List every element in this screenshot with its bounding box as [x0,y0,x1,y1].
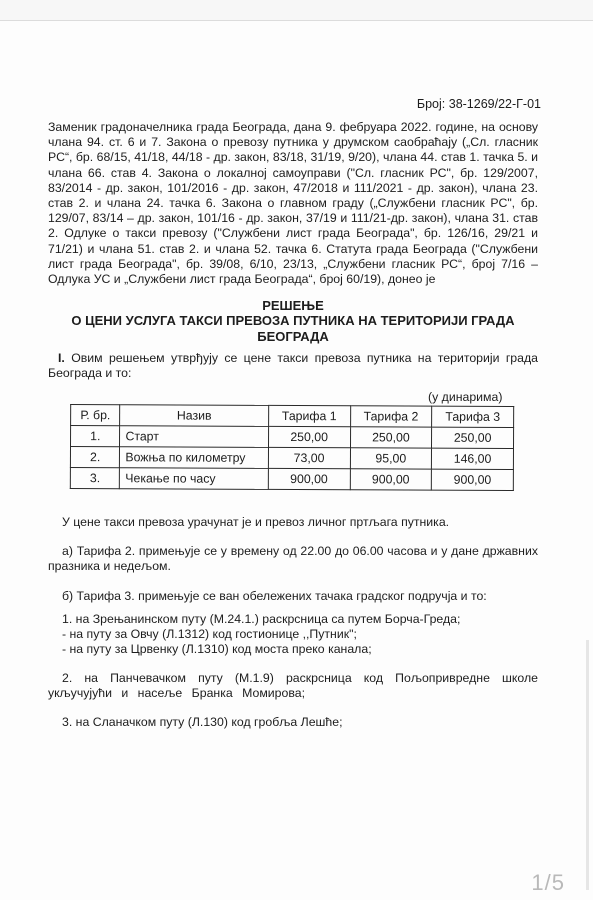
tariff-3-value: 900,00 [432,469,514,490]
list-item: 1. на Зрењанинском путу (М.24.1.) раскрс… [62,612,460,627]
table-row: 2. Вожња по километру 73,00 95,00 146,00 [70,447,513,470]
scrollbar[interactable] [586,640,589,890]
row-number: 3. [70,468,120,489]
viewer-top-bar [0,0,593,21]
tariff-3-value: 146,00 [432,448,514,469]
column-header: Тарифа 1 [268,405,350,426]
table-row: 1. Старт 250,00 250,00 250,00 [71,426,514,449]
tariff-2-value: 250,00 [350,427,432,448]
row-number: 1. [71,426,121,447]
tariff-3-value: 250,00 [432,427,514,448]
tariff-1-value: 250,00 [268,426,350,447]
page-indicator: 1/5 [531,870,565,896]
tariff-1-value: 900,00 [268,468,350,489]
column-header: Тарифа 3 [432,406,514,427]
clause-b: б) Тарифа 3. примењује се ван обележених… [48,589,538,604]
list-item: - на путу за Црвенку (Л.1310) код моста … [62,642,372,657]
document-number: Број: 38-1269/22-Г-01 [417,97,541,111]
table-row: 3. Чекање по часу 900,00 900,00 900,00 [70,468,513,491]
clause-a: а) Тарифа 2. примењује се у времену од 2… [48,544,538,574]
list-item: 3. на Сланачком путу (Л.130) код гробља … [62,715,343,730]
luggage-note: У цене такси превоза урачунат је и прево… [48,515,538,530]
row-name: Вожња по километру [120,447,268,469]
preamble-paragraph: Заменик градоначелника града Београда, д… [48,120,538,287]
section-1-text: Овим решењем утврђују се цене такси прев… [48,351,538,380]
section-1-label: I. [58,351,65,365]
column-header: Р. бр. [71,405,121,426]
column-header: Тарифа 2 [350,406,432,427]
tariff-1-value: 73,00 [268,447,350,468]
decision-heading: РЕШЕЊЕ [48,298,538,314]
column-header: Назив [120,405,268,427]
list-item: 2. на Панчевачком путу (М.1.9) раскрсниц… [48,671,538,701]
decision-subject: О ЦЕНИ УСЛУГА ТАКСИ ПРЕВОЗА ПУТНИКА НА Т… [48,313,538,344]
tariff-2-value: 900,00 [350,469,432,490]
row-name: Старт [120,426,268,448]
currency-unit-note: (у динарима) [428,390,502,404]
list-item: - на путу за Овчу (Л.1312) код гостиониц… [62,627,357,642]
row-number: 2. [70,447,120,468]
tariff-2-value: 95,00 [350,448,432,469]
table-header-row: Р. бр. Назив Тарифа 1 Тарифа 2 Тарифа 3 [71,405,514,428]
tariff-table: Р. бр. Назив Тарифа 1 Тарифа 2 Тарифа 3 … [70,404,514,491]
section-1-paragraph: I. Овим решењем утврђују се цене такси п… [48,351,538,381]
row-name: Чекање по часу [120,468,268,490]
